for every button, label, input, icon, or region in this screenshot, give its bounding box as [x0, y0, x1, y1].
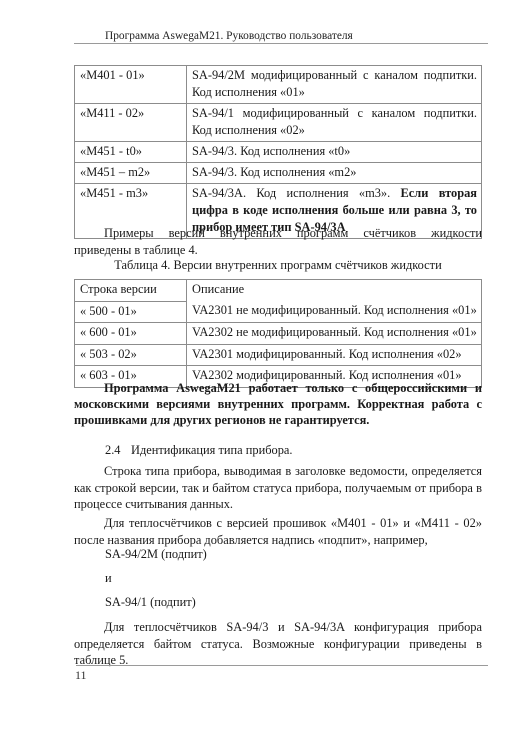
version-cell: « 500 - 01» [75, 301, 187, 323]
version-cell: «M451 – m2» [75, 163, 187, 184]
version-cell: «M401 - 01» [75, 66, 187, 104]
section-heading: 2.4Идентификация типа прибора. [105, 443, 293, 458]
table-row: «M411 - 02» SA-94/1 модифицированный с к… [75, 104, 482, 142]
type-string-paragraph: Строка типа прибора, выводимая в заголов… [74, 463, 482, 513]
column-header-description: Описание [187, 280, 482, 302]
table-row: « 600 - 01» VA2302 не модифицированный. … [75, 323, 482, 345]
section-number: 2.4 [105, 443, 131, 458]
table-row: «M401 - 01» SA-94/2M модифицированный с … [75, 66, 482, 104]
firmware-paragraph: Для теплосчётчиков с версией прошивок «M… [74, 515, 482, 548]
description-cell: SA-94/3. Код исполнения «m2» [187, 163, 482, 184]
table-header-row: Строка версии Описание [75, 280, 482, 302]
example-line-1: SA-94/2M (подпит) [105, 547, 207, 562]
configuration-paragraph: Для теплосчётчиков SA-94/3 и SA-94/3A ко… [74, 619, 482, 669]
version-cell: « 600 - 01» [75, 323, 187, 345]
version-cell: «M451 - t0» [75, 142, 187, 163]
table4-caption: Таблица 4. Версии внутренних программ сч… [74, 257, 482, 273]
description-cell: VA2302 не модифицированный. Код исполнен… [187, 323, 482, 345]
warning-paragraph: Программа AswegaM21 работает только с об… [74, 380, 482, 429]
header-divider [74, 43, 488, 44]
intro-paragraph: Примеры версий внутренних программ счётч… [74, 225, 482, 258]
description-cell: SA-94/2M модифицированный с каналом подп… [187, 66, 482, 104]
description-cell: VA2301 не модифицированный. Код исполнен… [187, 301, 482, 323]
page-number: 11 [75, 668, 87, 683]
version-cell: « 503 - 02» [75, 344, 187, 366]
description-text: SA-94/3A. Код исполнения «m3». [192, 186, 401, 200]
footer-divider [76, 665, 488, 666]
section-title: Идентификация типа прибора. [131, 443, 293, 457]
table-row: «M451 – m2» SA-94/3. Код исполнения «m2» [75, 163, 482, 184]
firmware-versions-table-continued: «M401 - 01» SA-94/2M модифицированный с … [74, 65, 482, 239]
column-header-version: Строка версии [75, 280, 187, 302]
description-cell: VA2301 модифицированный. Код исполнения … [187, 344, 482, 366]
example-line-2: SA-94/1 (подпит) [105, 595, 196, 610]
description-cell: SA-94/1 модифицированный с каналом подпи… [187, 104, 482, 142]
table-row: « 500 - 01» VA2301 не модифицированный. … [75, 301, 482, 323]
liquid-meter-versions-table: Строка версии Описание « 500 - 01» VA230… [74, 279, 482, 388]
table-row: « 503 - 02» VA2301 модифицированный. Код… [75, 344, 482, 366]
page-header-title: Программа AswegaM21. Руководство пользов… [105, 30, 353, 42]
description-cell: SA-94/3. Код исполнения «t0» [187, 142, 482, 163]
version-cell: «M411 - 02» [75, 104, 187, 142]
conjunction-line: и [105, 571, 112, 586]
table-row: «M451 - t0» SA-94/3. Код исполнения «t0» [75, 142, 482, 163]
